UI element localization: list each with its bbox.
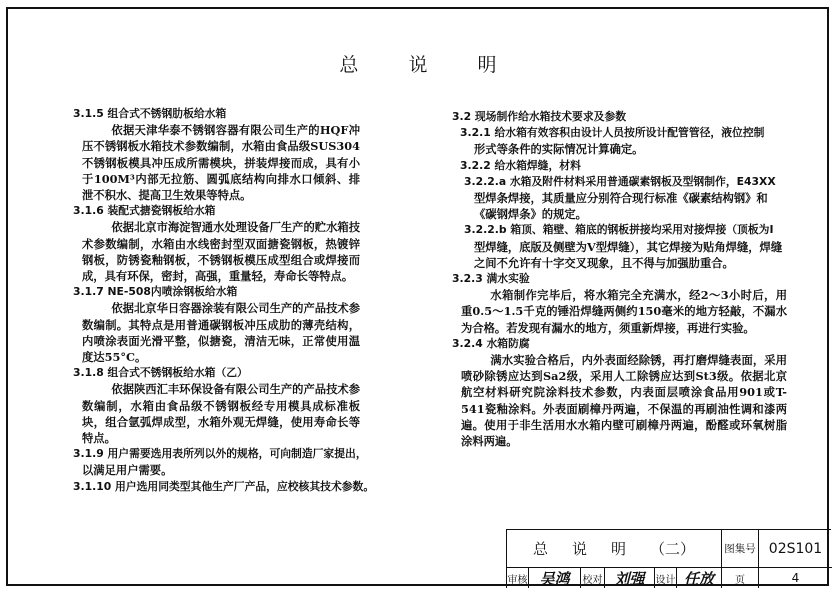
subsection-heading: 3.2.2 给水箱焊缝，材料 [452,158,787,174]
design-signature: 任放 [677,568,722,588]
design-label: 设计 [655,568,677,588]
section-heading: 3.1.10 用户选用同类型其他生产厂产品，应校核其技术参数。 [73,479,360,495]
page-number: 4 [759,568,832,588]
title-char: 说 [572,538,587,559]
section-continuation: 以满足用户需要。 [73,462,360,478]
section-paragraph: 满水实验合格后，内外表面经除锈，再打磨焊缝表面，采用喷砂除锈应达到Sa2级，采用… [452,352,787,449]
title-char: 总 [533,538,548,559]
section-heading: 3.1.8 组合式不锈钢板给水箱（乙） [73,365,360,381]
check-label: 校对 [581,568,605,588]
review-signature: 吴鸿 [529,568,581,588]
review-label: 审核 [507,568,529,588]
section-heading: 3.1.9 用户需要选用表所列以外的规格，可向制造厂家提出， [73,446,360,462]
page-title-char: 总 [339,50,358,77]
subsection-continuation: 形式等条件的实际情况计算确定。 [452,141,787,157]
section-paragraph: 依据天津华泰不锈钢容器有限公司生产的HQF冲压不锈钢板水箱技术参数编制，水箱由食… [73,122,360,203]
page-label: 页 [722,568,759,588]
page-title-char: 说 [408,50,427,77]
section-heading: 3.1.6 装配式搪瓷钢板给水箱 [73,203,360,219]
subsubsection-heading: 3.2.2.a 水箱及附件材料采用普通碳素钢板及型钢制作，E43XX [452,174,787,190]
section-paragraph: 依据北京市海淀智通水处理设备厂生产的贮水箱技术参数编制，水箱由水线密封型双面搪瓷… [73,219,360,284]
section-heading: 3.2 现场制作给水箱技术要求及参数 [452,109,787,125]
subsection-heading: 3.2.1 给水箱有效容积由设计人员按所设计配管管径，液位控制 [452,125,787,141]
right-column: 3.2 现场制作给水箱技术要求及参数 3.2.1 给水箱有效容积由设计人员按所设… [452,109,787,449]
check-signature: 刘强 [605,568,655,588]
page-title-char: 明 [478,50,497,77]
atlas-number-label: 图集号 [722,530,759,568]
section-heading: 3.1.5 组合式不锈钢肋板给水箱 [73,106,360,122]
section-heading: 3.2.3 满水实验 [452,271,787,287]
section-paragraph: 依据陕西汇丰环保设备有限公司生产的产品技术参数编制，水箱由食品级不锈钢板经专用模… [73,381,360,446]
section-paragraph: 水箱制作完毕后，将水箱完全充满水，经2～3小时后，用重0.5～1.5千克的锤沿焊… [452,287,787,336]
title-char: 明 [611,538,626,559]
subsubsection-heading: 3.2.2.b 箱顶、箱壁、箱底的钢板拼接均采用对接焊接（顶板为I [452,222,787,238]
subsubsection-continuation: 型焊缝，底版及侧壁为V型焊缝），其它焊接为贴角焊缝，焊缝之间不允许有十字交叉现象… [452,239,787,271]
section-heading: 3.1.7 NE-508内喷涂钢板给水箱 [73,284,360,300]
title-block: 总 说 明 （二） 图集号 02S101 审核 吴鸿 校对 刘强 设计 任放 页… [506,529,831,588]
subsubsection-continuation: 型焊条焊接，其质量应分别符合现行标准《碳素结构钢》和《碳钢焊条》的规定。 [452,190,787,222]
section-heading: 3.2.4 水箱防腐 [452,336,787,352]
page-title: 总 说 明 [0,50,836,77]
title-block-title: 总 说 明 （二） [507,530,722,568]
title-char: （二） [650,538,695,559]
section-paragraph: 依据北京华日容器涂装有限公司生产的产品技术参数编制。其特点是用普通碳钢板冲压成肋… [73,300,360,365]
atlas-number-value: 02S101 [759,530,832,568]
left-column: 3.1.5 组合式不锈钢肋板给水箱 依据天津华泰不锈钢容器有限公司生产的HQF冲… [73,106,360,495]
